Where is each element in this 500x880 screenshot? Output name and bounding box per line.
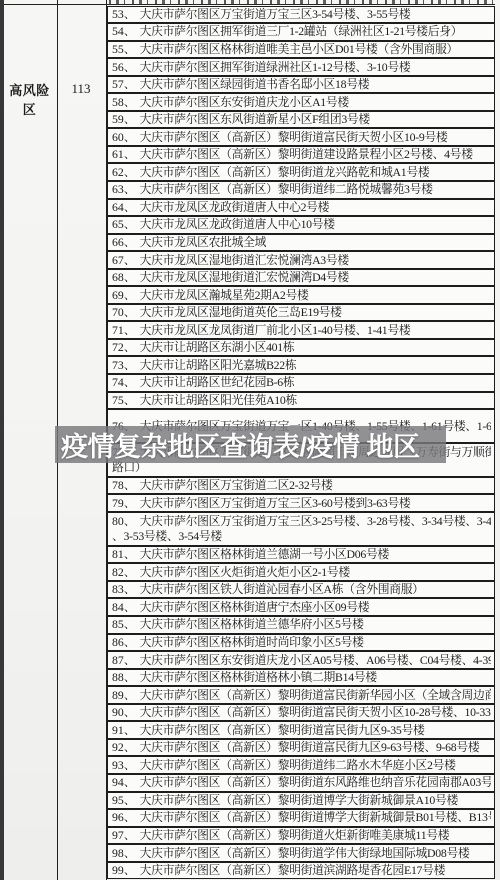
row-number: 58、 [112, 95, 136, 110]
row-number: 74、 [112, 375, 136, 390]
row-number: 87、 [112, 653, 136, 668]
table-row: 93、大庆市萨尔图区（高新区）黎明街道纬二路水木华庭小区2号楼 [107, 756, 495, 774]
risk-count-cell: 113 [58, 81, 105, 97]
row-number: 68、 [112, 270, 136, 285]
row-number: 67、 [112, 253, 136, 268]
table-row: 91、大庆市萨尔图区（高新区）黎明街道富民街九区9-35号楼 [107, 721, 495, 739]
table-row: 92、大庆市萨尔图区（高新区）黎明街道富民街九区9-63号楼、9-68号楼 [107, 739, 495, 757]
table-row: 95、大庆市萨尔图区（高新区）黎明街道博学大街新城御景A10号楼 [107, 792, 495, 810]
table-row: 64、大庆市龙凤区龙政街道唐人中心2号楼 [107, 199, 495, 217]
table-row: 57、大庆市萨尔图区绿园街道书香名邸小区18号楼 [107, 76, 495, 94]
table-row: 55、大庆市萨尔图区格林街道唯美主邑小区D01号楼（含外围商服） [107, 41, 495, 59]
table-row: 67、大庆市龙凤区湿地街道汇宏悦澜湾A3号楼 [107, 251, 495, 269]
table-row: 63、大庆市萨尔图区（高新区）黎明街道纬二路悦城馨苑3号楼 [107, 181, 495, 199]
row-number: 78、 [112, 478, 136, 493]
row-text: 大庆市萨尔图区（高新区）黎明街道纬二路悦城馨苑3号楼 [140, 182, 433, 196]
row-number: 61、 [112, 147, 136, 162]
row-number: 83、 [112, 582, 136, 597]
risk-category-cell: 高风险区 [4, 80, 56, 118]
row-text: 大庆市萨尔图区（高新区）黎明街道学伟大街绿地国际城D08号楼 [140, 846, 470, 860]
row-text: 大庆市萨尔图区（高新区）黎明街道博学大街新城御景A10号楼 [140, 793, 458, 807]
row-number: 92、 [112, 740, 136, 755]
row-text: 大庆市萨尔图区万宝街道万宝三区3-54号楼、3-55号楼 [140, 7, 411, 21]
table-row: 70、大庆市龙凤区湿地街道英伦三岛E19号楼 [107, 304, 495, 322]
risk-category-column [4, 0, 58, 880]
row-text: 大庆市萨尔图区格林街道唐宁杰座小区09号楼 [140, 600, 370, 614]
table-row: 74、大庆市让胡路区世纪花园B-6栋 [107, 374, 495, 392]
row-text: 大庆市萨尔图区万宝街道二区2-32号楼 [140, 478, 333, 492]
row-number: 91、 [112, 723, 136, 738]
table-row: 83、大庆市萨尔图区铁人街道沁园春小区A栋（含外围商服） [107, 581, 495, 599]
row-number: 69、 [112, 288, 136, 303]
table-row: 84、大庆市萨尔图区格林街道唐宁杰座小区09号楼 [107, 598, 495, 616]
row-text: 大庆市龙凤区湿地街道汇宏悦澜湾A3号楼 [140, 253, 349, 267]
row-number: 88、 [112, 670, 136, 685]
table-row: 65、大庆市龙凤区龙政街道唐人中心10号楼 [107, 216, 495, 234]
row-text: 大庆市萨尔图区格林街道兰德湖一号小区D06号楼 [140, 547, 389, 561]
row-number: 79、 [112, 496, 136, 511]
row-text: 大庆市萨尔图区绿园街道书香名邸小区18号楼 [140, 77, 370, 91]
table-row: 69、大庆市龙凤区瀚城星苑2期A2号楼 [107, 286, 495, 304]
row-number: 81、 [112, 547, 136, 562]
row-text: 大庆市让胡路区阳光佳苑A10栋 [140, 393, 297, 407]
cut-off-row-top [109, 0, 493, 4]
row-number: 71、 [112, 323, 136, 338]
table-row: 81、大庆市萨尔图区格林街道兰德湖一号小区D06号楼 [107, 546, 495, 564]
table-row: 59、大庆市萨尔图区东风街道新星小区F组团3号楼 [107, 111, 495, 129]
row-text: 大庆市龙凤区农批城全域 [140, 235, 266, 249]
row-text: 大庆市萨尔图区（高新区）黎明街道火炬新街唯美康城11号楼 [140, 828, 450, 842]
row-number: 56、 [112, 60, 136, 75]
row-text: 大庆市龙凤区湿地街道汇宏悦澜湾D4号楼 [140, 270, 349, 284]
row-text: 大庆市萨尔图区万宝街道万宝三区3-60号楼到3-63号楼 [140, 496, 411, 510]
row-number: 60、 [112, 130, 136, 145]
table-row: 72、大庆市让胡路区东湖小区401栋 [107, 339, 495, 357]
table-row: 58、大庆市萨尔图区东安街道庆龙小区A1号楼 [107, 93, 495, 111]
document-photo: 高风险区 113 53、大庆市萨尔图区万宝街道万宝三区3-54号楼、3-55号楼… [0, 0, 500, 880]
table-row: 85、大庆市萨尔图区格林街道兰德华府小区5号楼 [107, 616, 495, 634]
row-text: 大庆市萨尔图区（高新区）黎明街道龙兴路乾和城A1号楼 [140, 165, 430, 179]
row-text: 大庆市萨尔图区（高新区）黎明街道富民街新华园小区（全域含周边商服） [140, 688, 491, 702]
table-row: 97、大庆市萨尔图区（高新区）黎明街道火炬新街唯美康城11号楼 [107, 827, 495, 845]
row-text: 大庆市萨尔图区格林街道时尚印象小区5号楼 [140, 635, 364, 649]
row-text: 大庆市萨尔图区（高新区）黎明街道东风路维也纳音乐花园南郡A03号楼 [140, 775, 491, 789]
table-row: 71、大庆市龙凤区龙凤街道厂前北小区1-40号楼、1-41号楼 [107, 321, 495, 339]
row-text-line2: 、3-53号楼、3-54号楼 [112, 529, 491, 544]
table-row: 78、大庆市萨尔图区万宝街道二区2-32号楼 [107, 477, 495, 495]
row-number: 94、 [112, 775, 136, 790]
table-row: 96、大庆市萨尔图区（高新区）黎明街道博学大街新城御景B01号楼、B13号楼 [107, 809, 495, 827]
row-text: 大庆市萨尔图区（高新区）黎明街道纬二路水木华庭小区2号楼 [140, 758, 456, 772]
row-text: 大庆市龙凤区瀚城星苑2期A2号楼 [140, 288, 309, 302]
row-number: 65、 [112, 217, 136, 232]
table-row: 60、大庆市萨尔图区（高新区）黎明街道富民街天贺小区10-9号楼 [107, 128, 495, 146]
row-number: 66、 [112, 235, 136, 250]
table-row: 62、大庆市萨尔图区（高新区）黎明街道龙兴路乾和城A1号楼 [107, 163, 495, 181]
row-text: 大庆市萨尔图区格林街道格林小镇二期B14号楼 [140, 670, 377, 684]
table-row: 94、大庆市萨尔图区（高新区）黎明街道东风路维也纳音乐花园南郡A03号楼 [107, 774, 495, 792]
row-text: 大庆市萨尔图区（高新区）黎明街道富民街天贺小区10-28号楼、10-33号楼 [140, 705, 491, 719]
row-text: 大庆市萨尔图区铁人街道沁园春小区A栋（含外围商服） [140, 582, 424, 596]
watermark-text: 疫情复杂地区查询表/疫情 地区 [55, 425, 420, 464]
row-number: 99、 [112, 863, 136, 878]
table-row: 87、大庆市萨尔图区东安街道庆龙小区A05号楼、A06号楼、C04号楼、4-39… [107, 651, 495, 669]
row-number: 84、 [112, 600, 136, 615]
row-text: 大庆市萨尔图区东安街道庆龙小区A1号楼 [140, 95, 349, 109]
table-row: 75、大庆市让胡路区阳光佳苑A10栋 [107, 392, 495, 410]
row-number: 64、 [112, 200, 136, 215]
table-row: 68、大庆市龙凤区湿地街道汇宏悦澜湾D4号楼 [107, 269, 495, 287]
row-number: 93、 [112, 758, 136, 773]
row-number: 54、 [112, 24, 136, 39]
row-number: 75、 [112, 393, 136, 408]
row-number: 82、 [112, 565, 136, 580]
row-text: 大庆市让胡路区世纪花园B-6栋 [140, 375, 295, 389]
row-number: 53、 [112, 7, 136, 22]
row-number: 98、 [112, 846, 136, 861]
row-text: 大庆市萨尔图区（高新区）黎明街道富民街九区9-63号楼、9-68号楼 [140, 740, 480, 754]
row-text: 大庆市龙凤区龙凤街道厂前北小区1-40号楼、1-41号楼 [140, 323, 411, 337]
table-row: 61、大庆市萨尔图区（高新区）黎明街道建设路景程小区2号楼、4号楼 [107, 146, 495, 164]
table-row: 82、大庆市萨尔图区火炬街道火炬小区2-1号楼 [107, 563, 495, 581]
row-number: 57、 [112, 77, 136, 92]
table-row: 89、大庆市萨尔图区（高新区）黎明街道富民街新华园小区（全域含周边商服） [107, 686, 495, 704]
table-row: 80、大庆市萨尔图区万宝街道万宝三区3-25号楼、3-28号楼、3-34号楼、3… [107, 512, 495, 546]
row-text: 大庆市龙凤区龙政街道唐人中心2号楼 [140, 200, 330, 214]
watermark-banner: 疫情复杂地区查询表/疫情 地区 [55, 426, 446, 463]
row-text: 大庆市让胡路区阳光嘉城B22栋 [140, 358, 297, 372]
row-text: 大庆市萨尔图区万宝街道万宝三区3-25号楼、3-28号楼、3-34号楼、3-47… [140, 514, 491, 528]
table-row: 99、大庆市萨尔图区（高新区）黎明街道滨湖路堤香花园E17号楼 [107, 862, 495, 880]
row-number: 90、 [112, 705, 136, 720]
row-number: 80、 [112, 514, 136, 529]
table-row: 90、大庆市萨尔图区（高新区）黎明街道富民街天贺小区10-28号楼、10-33号… [107, 704, 495, 722]
row-number: 59、 [112, 112, 136, 127]
row-text: 大庆市萨尔图区格林街道兰德华府小区5号楼 [140, 617, 364, 631]
row-text: 大庆市萨尔图区格林街道唯美主邑小区D01号楼（含外围商服） [140, 42, 458, 56]
table-row: 88、大庆市萨尔图区格林街道格林小镇二期B14号楼 [107, 669, 495, 687]
table-row: 73、大庆市让胡路区阳光嘉城B22栋 [107, 356, 495, 374]
row-number: 95、 [112, 793, 136, 808]
row-number: 72、 [112, 340, 136, 355]
row-text: 大庆市龙凤区湿地街道英伦三岛E19号楼 [140, 305, 342, 319]
row-text: 大庆市萨尔图区火炬街道火炬小区2-1号楼 [140, 565, 350, 579]
table-row: 66、大庆市龙凤区农批城全域 [107, 234, 495, 252]
table-row: 86、大庆市萨尔图区格林街道时尚印象小区5号楼 [107, 634, 495, 652]
row-number: 85、 [112, 617, 136, 632]
row-text: 大庆市萨尔图区东风街道新星小区F组团3号楼 [140, 112, 370, 126]
row-text: 大庆市萨尔图区（高新区）黎明街道滨湖路堤香花园E17号楼 [140, 863, 446, 877]
row-text: 大庆市萨尔图区（高新区）黎明街道博学大街新城御景B01号楼、B13号楼 [140, 810, 491, 824]
row-text: 大庆市萨尔图区东安街道庆龙小区A05号楼、A06号楼、C04号楼、4-39号楼 [140, 653, 491, 667]
table-row: 54、大庆市萨尔图区拥军街道三厂1-2罐站（绿洲社区1-21号楼后身） [107, 23, 495, 41]
row-text: 大庆市萨尔图区（高新区）黎明街道建设路景程小区2号楼、4号楼 [140, 147, 473, 161]
row-number: 89、 [112, 688, 136, 703]
table-row: 56、大庆市萨尔图区拥军街道绿洲社区1-12号楼、3-10号楼 [107, 58, 495, 76]
row-number: 63、 [112, 182, 136, 197]
row-text: 大庆市萨尔图区拥军街道三厂1-2罐站（绿洲社区1-21号楼后身） [140, 24, 463, 38]
row-number: 70、 [112, 305, 136, 320]
table-row: 79、大庆市萨尔图区万宝街道万宝三区3-60号楼到3-63号楼 [107, 494, 495, 512]
row-number: 73、 [112, 358, 136, 373]
row-number: 55、 [112, 42, 136, 57]
table-row: 53、大庆市萨尔图区万宝街道万宝三区3-54号楼、3-55号楼 [107, 6, 495, 24]
row-number: 62、 [112, 165, 136, 180]
row-number: 97、 [112, 828, 136, 843]
row-text: 大庆市萨尔图区（高新区）黎明街道富民街九区9-35号楼 [140, 723, 425, 737]
row-number: 86、 [112, 635, 136, 650]
row-text: 大庆市萨尔图区拥军街道绿洲社区1-12号楼、3-10号楼 [140, 60, 411, 74]
row-number: 96、 [112, 810, 136, 825]
row-text: 大庆市萨尔图区（高新区）黎明街道富民街天贺小区10-9号楼 [140, 130, 448, 144]
table-row: 98、大庆市萨尔图区（高新区）黎明街道学伟大街绿地国际城D08号楼 [107, 844, 495, 862]
row-text: 大庆市让胡路区东湖小区401栋 [140, 340, 295, 354]
row-text: 大庆市龙凤区龙政街道唐人中心10号楼 [140, 217, 335, 231]
